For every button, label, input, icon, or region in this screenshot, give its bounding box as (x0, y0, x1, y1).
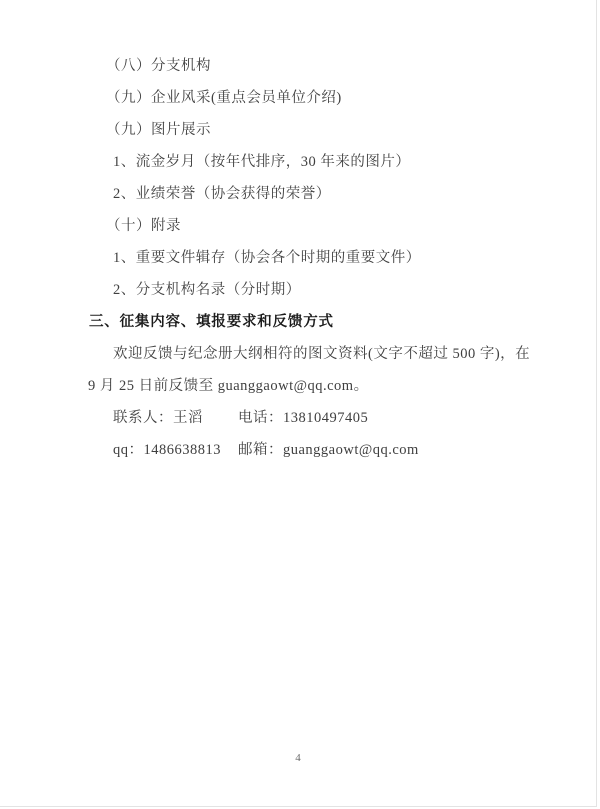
contact-person-name: 王滔 (173, 410, 203, 426)
contact-person: 联系人：王滔 (113, 402, 238, 434)
contact-person-label: 联系人： (113, 410, 173, 426)
document-content: （八）分支机构 （九）企业风采(重点会员单位介绍) （九）图片展示 1、流金岁月… (0, 0, 596, 466)
contact-email-address: guanggaowt@qq.com (283, 442, 419, 458)
outline-item-important-documents: 1、重要文件辑存（协会各个时期的重要文件） (0, 242, 596, 274)
outline-item-achievements: 2、业绩荣誉（协会获得的荣誉） (0, 178, 596, 210)
contact-email: 邮箱：guanggaowt@qq.com (238, 434, 596, 466)
section-heading: 三、征集内容、填报要求和反馈方式 (0, 306, 596, 338)
contact-row-1: 联系人：王滔 电话：13810497405 (0, 402, 596, 434)
outline-item-golden-years: 1、流金岁月（按年代排序，30 年来的图片） (0, 146, 596, 178)
contact-row-2: qq：1486638813 邮箱：guanggaowt@qq.com (0, 434, 596, 466)
contact-qq: qq：1486638813 (113, 434, 238, 466)
contact-qq-number: 1486638813 (144, 442, 222, 458)
paragraph-line-1: 欢迎反馈与纪念册大纲相符的图文资料(文字不超过 500 字)，在 (0, 338, 596, 370)
contact-phone-number: 13810497405 (283, 410, 368, 426)
outline-item-photo-display: （九）图片展示 (0, 114, 596, 146)
contact-email-label: 邮箱： (238, 442, 283, 458)
paragraph-line-2: 9 月 25 日前反馈至 guanggaowt@qq.com。 (0, 370, 596, 402)
outline-item-branch-orgs: （八）分支机构 (0, 50, 596, 82)
contact-phone-label: 电话： (238, 410, 283, 426)
page-number: 4 (0, 752, 596, 764)
outline-item-branch-directory: 2、分支机构名录（分时期） (0, 274, 596, 306)
document-page: （八）分支机构 （九）企业风采(重点会员单位介绍) （九）图片展示 1、流金岁月… (0, 0, 597, 807)
contact-qq-label: qq： (113, 442, 144, 458)
contact-phone: 电话：13810497405 (238, 402, 596, 434)
outline-item-enterprise-profile: （九）企业风采(重点会员单位介绍) (0, 82, 596, 114)
outline-item-appendix: （十）附录 (0, 210, 596, 242)
